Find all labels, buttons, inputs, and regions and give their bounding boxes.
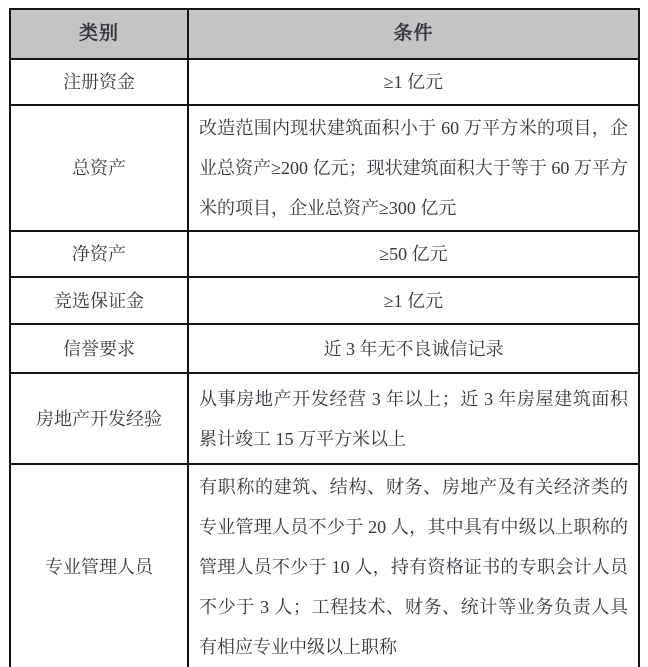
table-row: 房地产开发经验 从事房地产开发经营 3 年以上；近 3 年房屋建筑面积累计竣工 … [10, 373, 639, 464]
category-cell: 房地产开发经验 [10, 373, 188, 464]
category-cell: 注册资金 [10, 59, 188, 105]
requirements-table: 类别 条件 注册资金 ≥1 亿元 总资产 改造范围内现状建筑面积小于 60 万平… [9, 8, 640, 667]
condition-cell: ≥1 亿元 [188, 59, 639, 105]
condition-cell: ≥50 亿元 [188, 231, 639, 277]
document-page: 类别 条件 注册资金 ≥1 亿元 总资产 改造范围内现状建筑面积小于 60 万平… [0, 0, 648, 667]
header-row: 类别 条件 [10, 9, 639, 59]
category-cell: 专业管理人员 [10, 464, 188, 667]
table-row: 竞选保证金 ≥1 亿元 [10, 277, 639, 324]
header-cell-category: 类别 [10, 9, 188, 59]
table-row: 信誉要求 近 3 年无不良诚信记录 [10, 324, 639, 373]
category-cell: 总资产 [10, 105, 188, 231]
category-cell: 信誉要求 [10, 324, 188, 373]
condition-cell: 有职称的建筑、结构、财务、房地产及有关经济类的专业管理人员不少于 20 人，其中… [188, 464, 639, 667]
table-row: 总资产 改造范围内现状建筑面积小于 60 万平方米的项目，企业总资产≥200 亿… [10, 105, 639, 231]
table-row: 专业管理人员 有职称的建筑、结构、财务、房地产及有关经济类的专业管理人员不少于 … [10, 464, 639, 667]
table-header: 类别 条件 [10, 9, 639, 59]
table-row: 注册资金 ≥1 亿元 [10, 59, 639, 105]
category-cell: 净资产 [10, 231, 188, 277]
condition-cell: 从事房地产开发经营 3 年以上；近 3 年房屋建筑面积累计竣工 15 万平方米以… [188, 373, 639, 464]
header-cell-condition: 条件 [188, 9, 639, 59]
condition-cell: ≥1 亿元 [188, 277, 639, 324]
table-body: 注册资金 ≥1 亿元 总资产 改造范围内现状建筑面积小于 60 万平方米的项目，… [10, 59, 639, 667]
table-row: 净资产 ≥50 亿元 [10, 231, 639, 277]
condition-cell: 近 3 年无不良诚信记录 [188, 324, 639, 373]
category-cell: 竞选保证金 [10, 277, 188, 324]
condition-cell: 改造范围内现状建筑面积小于 60 万平方米的项目，企业总资产≥200 亿元；现状… [188, 105, 639, 231]
